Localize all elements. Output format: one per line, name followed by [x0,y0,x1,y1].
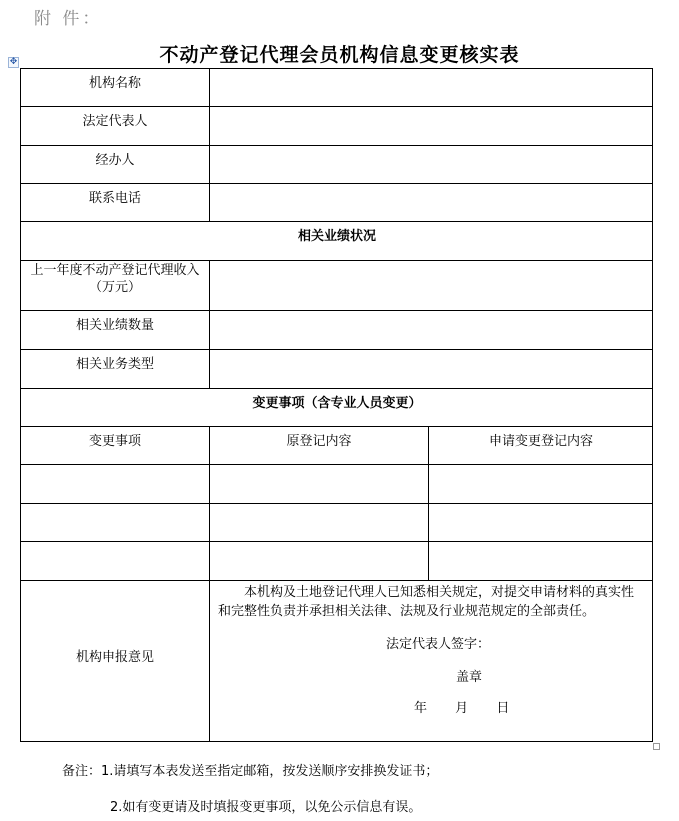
date-line: 年 月 日 [218,699,645,718]
change-item-field-3[interactable] [21,542,210,581]
label-business-type: 相关业务类型 [21,350,210,389]
table-move-handle-icon[interactable]: ✥ [8,57,19,68]
requested-content-field-1[interactable] [429,465,653,504]
change-item-field-2[interactable] [21,504,210,542]
seal-label: 盖章 [218,668,645,687]
label-institution-name: 机构名称 [21,69,210,107]
handler-field[interactable] [210,146,653,184]
note-2: 2.如有变更请及时填报变更事项，以免公示信息有误。 [110,796,421,815]
declaration-text: 本机构及土地登记代理人已知悉相关规定，对提交申请材料的真实性和完整性负责并承担相… [218,583,645,621]
legal-representative-field[interactable] [210,107,653,146]
column-header-requested-content: 申请变更登记内容 [429,427,653,465]
note-1: 备注：1.请填写本表发送至指定邮箱，按发送顺序安排换发证书； [62,760,438,779]
original-content-field-2[interactable] [210,504,429,542]
original-content-field-3[interactable] [210,542,429,581]
date-day-label: 日 [496,699,509,718]
date-month-label: 月 [455,699,468,718]
attachment-label: 附 件： [34,4,102,29]
change-item-field-1[interactable] [21,465,210,504]
verification-table: 机构名称 法定代表人 经办人 联系电话 相关业绩状况 上一年度不动产登记代理收入… [20,68,653,742]
label-handler: 经办人 [21,146,210,184]
label-contact-phone: 联系电话 [21,184,210,222]
institution-name-field[interactable] [210,69,653,107]
date-year-label: 年 [414,699,427,718]
label-institution-opinion: 机构申报意见 [21,581,210,742]
label-legal-representative: 法定代表人 [21,107,210,146]
declaration-cell: 本机构及土地登记代理人已知悉相关规定，对提交申请材料的真实性和完整性负责并承担相… [210,581,653,742]
label-annual-income: 上一年度不动产登记代理收入（万元） [21,261,210,311]
change-section-heading: 变更事项（含专业人员变更） [21,389,653,427]
page-title: 不动产登记代理会员机构信息变更核实表 [0,40,679,67]
requested-content-field-2[interactable] [429,504,653,542]
column-header-original-content: 原登记内容 [210,427,429,465]
performance-count-field[interactable] [210,311,653,350]
business-type-field[interactable] [210,350,653,389]
requested-content-field-3[interactable] [429,542,653,581]
original-content-field-1[interactable] [210,465,429,504]
table-resize-handle-icon[interactable] [653,743,660,750]
annual-income-field[interactable] [210,261,653,311]
signature-label: 法定代表人签字： [218,635,645,654]
performance-section-heading: 相关业绩状况 [21,222,653,261]
contact-phone-field[interactable] [210,184,653,222]
label-performance-count: 相关业绩数量 [21,311,210,350]
column-header-change-item: 变更事项 [21,427,210,465]
